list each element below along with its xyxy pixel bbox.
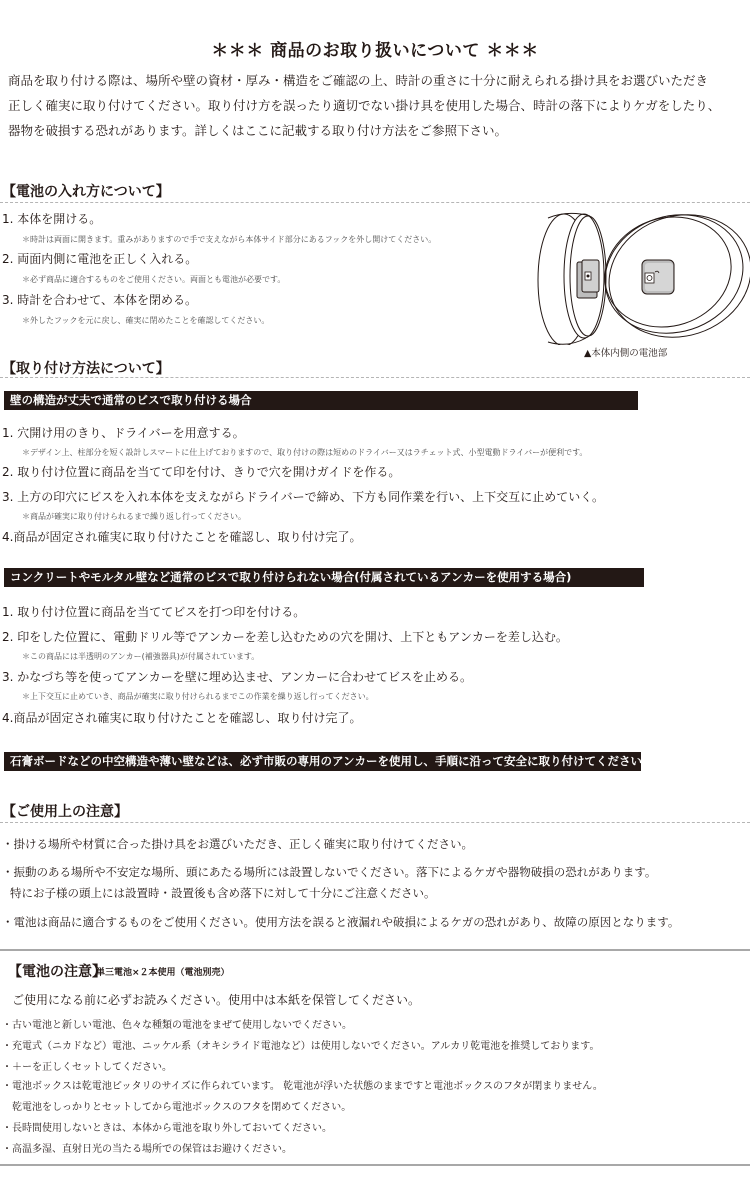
usage-caution-item: ・振動のある場所や不安定な場所、頭にあたる場所には設置しないでください。落下によ… [2, 864, 656, 880]
intro-line-1: 商品を取り付ける際は、場所や壁の資材・厚み・構造をご確認の上、時計の重さに十分に… [8, 71, 708, 89]
intro-line-3: 器物を破損する恐れがあります。詳しくはここに記載する取り付け方法をご参照下さい。 [8, 121, 507, 139]
page-title: ＊＊＊ 商品のお取り扱いについて ＊＊＊ [0, 36, 750, 61]
battery-caution-item-continuation: 乾電池をしっかりとセットしてから電池ボックスのフタを閉めてください。 [12, 1098, 351, 1113]
usage-cautions-heading: 【ご使用上の注意】 [2, 801, 128, 821]
battery-cautions-intro: ご使用になる前に必ずお読みください。使用中は本紙を保管してください。 [12, 991, 420, 1008]
battery-step-2: 2. 両面内側に電池を正しく入れる。 [2, 250, 197, 267]
battery-step-1: 1. 本体を開ける。 [2, 210, 101, 227]
intro-line-2: 正しく確実に取り付けてください。取り付け方を誤ったり適切でない掛け具を使用した場… [8, 96, 720, 114]
battery-caution-item: ・充電式（ニカドなど）電池、ニッケル系（オキシライド電池など）は使用しないでくだ… [2, 1037, 600, 1052]
mounting-case1-bar: 壁の構造が丈夫で通常のビスで取り付ける場合 [4, 391, 638, 410]
mounting-heading: 【取り付け方法について】 [2, 358, 170, 378]
case2-step-3-note: ＊上下交互に止めていき、商品が確実に取り付けられるまでこの作業を繰り返し行ってく… [22, 691, 374, 702]
battery-install-heading: 【電池の入れ方について】 [2, 181, 170, 201]
battery-cautions-subheading: 単三電池×２本使用（電池別売） [96, 965, 230, 978]
case2-step-1: 1. 取り付け位置に商品を当ててビスを打つ印を付ける。 [2, 603, 305, 620]
battery-step-3: 3. 時計を合わせて、本体を閉める。 [2, 291, 197, 308]
battery-caution-item: ・長時間使用しないときは、本体から電池を取り外しておいてください。 [2, 1119, 332, 1134]
battery-step-1-note: ＊時計は両面に開きます。重みがありますので手で支えながら本体サイド部分にあるフッ… [22, 234, 436, 245]
mounting-case3-bar: 石膏ボードなどの中空構造や薄い壁などは、必ず市販の専用のアンカーを使用し、手順に… [4, 752, 641, 771]
battery-caution-item: ・高温多湿、直射日光の当たる場所での保管はお避けください。 [2, 1140, 292, 1155]
usage-caution-item: ・電池は商品に適合するものをご使用ください。使用方法を誤ると液漏れや破損によるケ… [2, 914, 679, 930]
battery-caution-item: ・＋ーを正しくセットしてください。 [2, 1058, 172, 1073]
case1-step-1: 1. 穴開け用のきり、ドライバーを用意する。 [2, 424, 245, 441]
case2-step-2-note: ＊この商品には半透明のアンカー(補強器具)が付属されています。 [22, 651, 259, 662]
battery-caution-item: ・電池ボックスは乾電池ピッタリのサイズに作られています。 乾電池が浮いた状態のま… [2, 1077, 603, 1092]
case2-step-3: 3. かなづち等を使ってアンカーを壁に埋め込ませ、アンカーに合わせてビスを止める… [2, 668, 472, 685]
usage-caution-item: ・掛ける場所や材質に合った掛け具をお選びいただき、正しく確実に取り付けてください… [2, 836, 473, 852]
battery-step-2-note: ＊必ず商品に適合するものをご使用ください。両面とも電池が必要です。 [22, 274, 285, 285]
dashed-divider [0, 822, 750, 823]
illustration-caption: ▲本体内側の電池部 [584, 345, 667, 359]
case2-step-4: 4.商品が固定され確実に取り付けたことを確認し、取り付け完了。 [2, 709, 361, 726]
mounting-case2-bar: コンクリートやモルタル壁など通常のビスで取り付けられない場合(付属されているアン… [4, 568, 644, 587]
solid-divider [0, 949, 750, 951]
battery-caution-item: ・古い電池と新しい電池、色々な種類の電池をまぜて使用しないでください。 [2, 1016, 352, 1031]
case1-step-4: 4.商品が固定され確実に取り付けたことを確認し、取り付け完了。 [2, 528, 361, 545]
dashed-divider [0, 202, 750, 203]
clock-battery-compartment-illustration [528, 210, 750, 345]
dashed-divider [0, 377, 750, 378]
case1-step-2: 2. 取り付け位置に商品を当てて印を付け、きりで穴を開けガイドを作る。 [2, 463, 400, 480]
solid-divider [0, 1164, 750, 1166]
case1-step-3: 3. 上方の印穴にビスを入れ本体を支えながらドライバーで締め、下方も同作業を行い… [2, 488, 604, 505]
case1-step-3-note: ＊商品が確実に取り付けられるまで繰り返し行ってください。 [22, 511, 246, 522]
case2-step-2: 2. 印をした位置に、電動ドリル等でアンカーを差し込むための穴を開け、上下ともア… [2, 628, 568, 645]
battery-cautions-heading: 【電池の注意】 [8, 961, 106, 981]
usage-caution-item-continuation: 特にお子様の頭上には設置時・設置後も含め落下に対して十分にご注意ください。 [10, 885, 436, 901]
battery-step-3-note: ＊外したフックを元に戻し、確実に閉めたことを確認してください。 [22, 315, 269, 326]
case1-step-1-note: ＊デザイン上、柱部分を短く設計しスマートに仕上げておりますので、取り付けの際は短… [22, 447, 587, 458]
